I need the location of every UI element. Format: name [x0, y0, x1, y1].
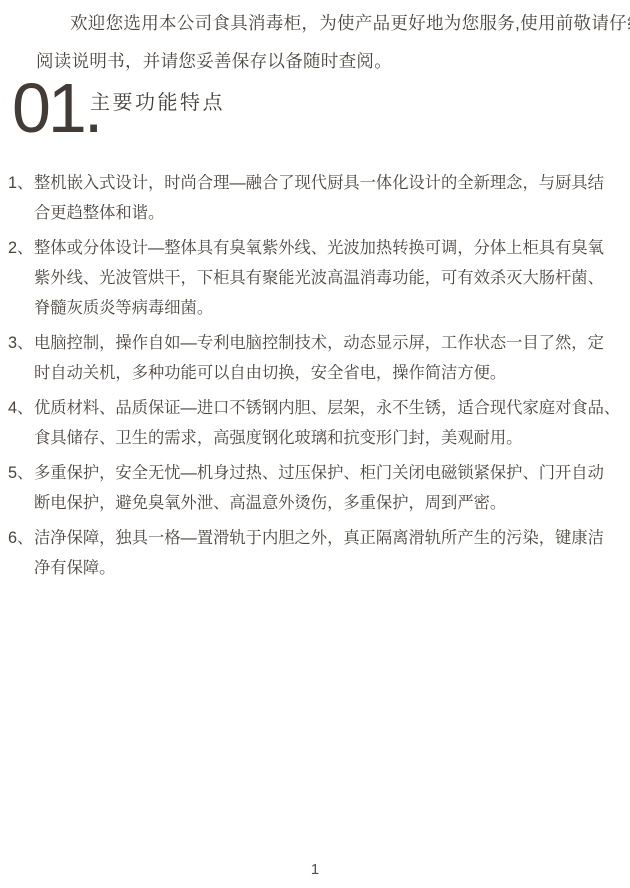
manual-page: 欢迎您选用本公司食具消毒柜，为使产品更好地为您服务,使用前敬请仔细 阅读说明书，…	[0, 0, 630, 888]
features-list: 1、 整机嵌入式设计，时尚合理—融合了现代厨具一体化设计的全新理念，与厨具结 合…	[8, 168, 620, 588]
feature-item: 2、 整体或分体设计—整体具有臭氧紫外线、光波加热转换可调，分体上柜具有臭氧 紫…	[8, 233, 620, 323]
feature-number: 2、	[8, 233, 34, 263]
page-number: 1	[0, 861, 630, 878]
section-number: 01.	[12, 76, 100, 140]
feature-text: 整体或分体设计—整体具有臭氧紫外线、光波加热转换可调，分体上柜具有臭氧 紫外线、…	[34, 233, 620, 323]
feature-line: 时自动关机，多种功能可以自由切换，安全省电，操作简洁方便。	[34, 358, 620, 388]
feature-line: 紫外线、光波管烘干，下柜具有聚能光波高温消毒功能，可有效杀灭大肠杆菌、	[34, 263, 620, 293]
feature-text: 多重保护，安全无忧—机身过热、过压保护、柜门关闭电磁锁紧保护、门开自动 断电保护…	[34, 458, 620, 518]
feature-line: 洁净保障，独具一格—置滑轨于内胆之外，真正隔离滑轨所产生的污染，键康洁	[34, 523, 620, 553]
feature-line: 断电保护，避免臭氧外泄、高温意外烫伤，多重保护，周到严密。	[34, 488, 620, 518]
feature-number: 5、	[8, 458, 34, 488]
intro-line: 阅读说明书，并请您妥善保存以备随时查阅。	[36, 42, 611, 80]
feature-text: 电脑控制，操作自如—专利电脑控制技术，动态显示屏，工作状态一目了然，定 时自动关…	[34, 328, 620, 388]
feature-line: 食具储存、卫生的需求，高强度钢化玻璃和抗变形门封，美观耐用。	[34, 423, 620, 453]
section-title: 主要功能特点	[90, 86, 225, 115]
feature-line: 优质材料、品质保证—进口不锈钢内胆、层架，永不生锈，适合现代家庭对食品、	[34, 393, 620, 423]
feature-line: 净有保障。	[34, 553, 620, 583]
feature-item: 4、 优质材料、品质保证—进口不锈钢内胆、层架，永不生锈，适合现代家庭对食品、 …	[8, 393, 620, 453]
feature-item: 6、 洁净保障，独具一格—置滑轨于内胆之外，真正隔离滑轨所产生的污染，键康洁 净…	[8, 523, 620, 583]
feature-line: 整体或分体设计—整体具有臭氧紫外线、光波加热转换可调，分体上柜具有臭氧	[34, 233, 620, 263]
feature-item: 1、 整机嵌入式设计，时尚合理—融合了现代厨具一体化设计的全新理念，与厨具结 合…	[8, 168, 620, 228]
feature-text: 优质材料、品质保证—进口不锈钢内胆、层架，永不生锈，适合现代家庭对食品、 食具储…	[34, 393, 620, 453]
feature-text: 整机嵌入式设计，时尚合理—融合了现代厨具一体化设计的全新理念，与厨具结 合更趋整…	[34, 168, 620, 228]
feature-number: 4、	[8, 393, 34, 423]
feature-line: 多重保护，安全无忧—机身过热、过压保护、柜门关闭电磁锁紧保护、门开自动	[34, 458, 620, 488]
section-heading: 01. 主要功能特点	[12, 76, 630, 146]
feature-line: 合更趋整体和谐。	[34, 198, 620, 228]
feature-line: 脊髓灰质炎等病毒细菌。	[34, 293, 620, 323]
feature-number: 1、	[8, 168, 34, 198]
feature-number: 6、	[8, 523, 34, 553]
feature-line: 整机嵌入式设计，时尚合理—融合了现代厨具一体化设计的全新理念，与厨具结	[34, 168, 620, 198]
feature-item: 3、 电脑控制，操作自如—专利电脑控制技术，动态显示屏，工作状态一目了然，定 时…	[8, 328, 620, 388]
intro-line: 欢迎您选用本公司食具消毒柜，为使产品更好地为您服务,使用前敬请仔细	[36, 4, 611, 42]
feature-line: 电脑控制，操作自如—专利电脑控制技术，动态显示屏，工作状态一目了然，定	[34, 328, 620, 358]
feature-text: 洁净保障，独具一格—置滑轨于内胆之外，真正隔离滑轨所产生的污染，键康洁 净有保障…	[34, 523, 620, 583]
intro-paragraph: 欢迎您选用本公司食具消毒柜，为使产品更好地为您服务,使用前敬请仔细 阅读说明书，…	[36, 4, 611, 80]
feature-item: 5、 多重保护，安全无忧—机身过热、过压保护、柜门关闭电磁锁紧保护、门开自动 断…	[8, 458, 620, 518]
feature-number: 3、	[8, 328, 34, 358]
